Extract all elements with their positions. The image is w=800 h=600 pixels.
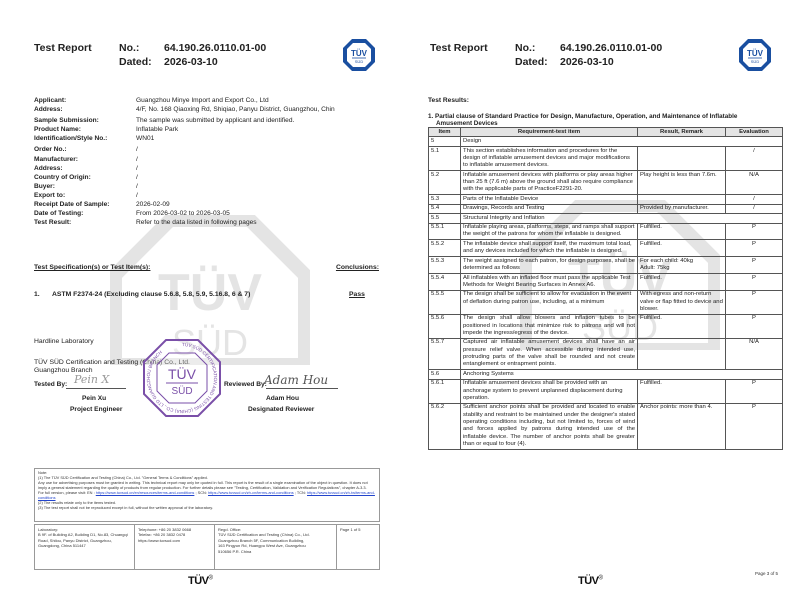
reviewed-by-label: Reviewed By:: [224, 381, 267, 388]
info-row: Address:/: [34, 164, 374, 173]
info-label: Export to:: [34, 191, 136, 200]
report-header: Test Report No.: 64.190.26.0110.01-00 Da…: [430, 42, 770, 82]
cell-requirement: The inflatable device shall support itse…: [461, 240, 638, 257]
table-row: 5.5.6The design shall allow blowers and …: [429, 314, 783, 338]
report-no-value: 64.190.26.0110.01-00: [560, 42, 662, 54]
info-value: WN01: [136, 134, 374, 143]
table-row: 5.5.1Inflatable playing areas, platforms…: [429, 223, 783, 240]
report-title: Test Report: [34, 42, 92, 54]
cell-evaluation: /: [726, 146, 783, 170]
svg-text:SÜD: SÜD: [171, 385, 192, 397]
report-page-3: TÜV SÜD Test Report No.: 64.190.26.0110.…: [400, 0, 800, 600]
tuv-footer-mark: TÜV®: [188, 575, 212, 587]
info-label: Manufacturer:: [34, 155, 136, 164]
svg-text:TÜV: TÜV: [168, 365, 197, 382]
info-row: Sample Submission:The sample was submitt…: [34, 116, 374, 125]
info-value: Refer to the data listed in following pa…: [136, 218, 374, 227]
cell-requirement: The design shall allow blowers and infla…: [461, 314, 638, 338]
svg-text:TÜV: TÜV: [747, 49, 764, 58]
report-no-value: 64.190.26.0110.01-00: [164, 42, 266, 54]
info-row: Applicant:Guangzhou Minye Import and Exp…: [34, 96, 374, 105]
cell-result: [638, 338, 726, 369]
info-row: Manufacturer:/: [34, 155, 374, 164]
table-header-row: Item Requirement-test item Result, Remar…: [429, 128, 783, 137]
info-value: Guangzhou Minye Import and Export Co., L…: [136, 96, 374, 105]
cell-evaluation: P: [726, 273, 783, 290]
info-value: /: [136, 173, 374, 182]
info-value: /: [136, 182, 374, 191]
table-row: 5.3Parts of the Inflatable Device/: [429, 195, 783, 204]
info-row: Receipt Date of Sample:2026-02-09: [34, 200, 374, 209]
cell-item: 5.6.2: [429, 403, 461, 449]
cell-item: 5.5: [429, 214, 461, 223]
cell-result: With egress and non-return valve or flap…: [638, 290, 726, 314]
cell-item: 5.5.7: [429, 338, 461, 369]
cell-requirement: The weight assigned to each patron, for …: [461, 257, 638, 274]
info-label: Identification/Style No.:: [34, 134, 136, 143]
report-dated-value: 2026-03-10: [560, 56, 614, 68]
cell-result: Fulfilled.: [638, 273, 726, 290]
terms-link-scn[interactable]: https://www.tuvsud.cn/zh-cn/terms-and-co…: [208, 490, 294, 495]
cell-result: [638, 195, 726, 204]
cell-item: 5.5.2: [429, 240, 461, 257]
tester-role: Project Engineer: [70, 406, 122, 413]
cell-result: Fulfilled.: [638, 223, 726, 240]
footer-page-number: Page 1 of 5: [337, 525, 379, 569]
report-title: Test Report: [430, 42, 488, 54]
table-section-row: 5.5Structural Integrity and Inflation: [429, 214, 783, 223]
svg-text:TÜV: TÜV: [351, 49, 368, 58]
cell-section-title: Structural Integrity and Inflation: [461, 214, 783, 223]
info-label: Receipt Date of Sample:: [34, 200, 136, 209]
reviewer-role: Designated Reviewer: [248, 406, 314, 413]
spec-heading: Test Specification(s) or Test Item(s):: [34, 264, 150, 271]
report-header: Test Report No.: 64.190.26.0110.01-00 Da…: [34, 42, 374, 82]
cell-result: Fulfilled.: [638, 379, 726, 403]
note-line-3: For full version, please visit: EN : htt…: [38, 490, 376, 500]
cell-item: 5.4: [429, 204, 461, 213]
column-header-result: Result, Remark: [638, 128, 726, 137]
info-value: /: [136, 155, 374, 164]
info-value: 4/F, No. 168 Qiaoxing Rd, Shiqiao, Panyu…: [136, 105, 374, 114]
tester-name: Pein Xu: [82, 395, 106, 402]
report-info-list: Applicant:Guangzhou Minye Import and Exp…: [34, 96, 374, 227]
info-row: Export to:/: [34, 191, 374, 200]
cell-evaluation: /: [726, 195, 783, 204]
table-row: 5.2Inflatable amusement devices with pla…: [429, 171, 783, 195]
spec-item-text: ASTM F2374-24 (Excluding clause 5.6.8, 5…: [52, 291, 349, 298]
cell-item: 5.5.4: [429, 273, 461, 290]
cell-requirement: This section establishes information and…: [461, 146, 638, 170]
cell-result: Play height is less than 7.6m.: [638, 171, 726, 195]
column-header-requirement: Requirement-test item: [461, 128, 638, 137]
column-header-evaluation: Evaluation: [726, 128, 783, 137]
report-no-label: No.:: [515, 42, 535, 54]
info-value: Inflatable Park: [136, 125, 374, 134]
tuv-sud-logo-icon: TÜV SÜD: [342, 38, 376, 72]
info-value: From 2026-03-02 to 2026-03-05: [136, 209, 374, 218]
info-value: /: [136, 164, 374, 173]
info-label: Date of Testing:: [34, 209, 136, 218]
company-seal-stamp-icon: TÜV SÜD CERTIFICATION AND TESTING (CHINA…: [142, 338, 222, 418]
info-row: Identification/Style No.:WN01: [34, 134, 374, 143]
cell-requirement: All inflatables with an inflated floor m…: [461, 273, 638, 290]
svg-text:SÜD: SÜD: [751, 59, 760, 64]
cell-section-title: Anchoring Systems: [461, 370, 783, 379]
info-value: 2026-02-09: [136, 200, 374, 209]
tuv-footer-mark: TÜV®: [578, 575, 602, 587]
terms-link-en[interactable]: https://www.tuvsud.cn/en/resources/terms…: [96, 490, 195, 495]
reviewed-by-line: [266, 388, 338, 389]
table-row: 5.1This section establishes information …: [429, 146, 783, 170]
info-value: The sample was submitted by applicant an…: [136, 116, 374, 125]
cell-item: 5.5.3: [429, 257, 461, 274]
cell-evaluation: N/A: [726, 171, 783, 195]
info-row: Date of Testing:From 2026-03-02 to 2026-…: [34, 209, 374, 218]
test-results-subtitle: 1. Partial clause of Standard Practice f…: [428, 113, 783, 127]
cell-item: 5: [429, 137, 461, 146]
cell-requirement: Inflatable amusement devices shall be pr…: [461, 379, 638, 403]
spec-item-result: Pass: [349, 291, 379, 298]
note-line-5: (3) The test report shall not be reprodu…: [38, 505, 376, 510]
cell-result: Fulfilled.: [638, 314, 726, 338]
cell-requirement: Sufficient anchor points shall be provid…: [461, 403, 638, 449]
test-results-table: Item Requirement-test item Result, Remar…: [428, 127, 783, 450]
info-row: Address:4/F, No. 168 Qiaoxing Rd, Shiqia…: [34, 105, 374, 114]
cell-result: [638, 146, 726, 170]
cell-item: 5.3: [429, 195, 461, 204]
table-row: 5.5.5The design shall be sufficient to a…: [429, 290, 783, 314]
spec-item-number: 1.: [34, 291, 52, 298]
info-value: /: [136, 145, 374, 154]
info-label: Country of Origin:: [34, 173, 136, 182]
cell-evaluation: P: [726, 314, 783, 338]
cell-evaluation: P: [726, 379, 783, 403]
report-dated-label: Dated:: [119, 56, 152, 68]
info-row: Order No.:/: [34, 145, 374, 154]
cell-item: 5.1: [429, 146, 461, 170]
table-row: 5.4Drawings, Records and TestingProvided…: [429, 204, 783, 213]
info-row: Product Name:Inflatable Park: [34, 125, 374, 134]
test-specification-section: Test Specification(s) or Test Item(s): C…: [34, 264, 379, 298]
page-footer-table: Laboratory: B 9F. of Building A2, Buildi…: [34, 524, 380, 570]
info-label: Address:: [34, 105, 136, 114]
cell-result: Provided by manufacturer.: [638, 204, 726, 213]
table-section-row: 5.6Anchoring Systems: [429, 370, 783, 379]
info-label: Test Result:: [34, 218, 136, 227]
info-row: Country of Origin:/: [34, 173, 374, 182]
cell-requirement: Parts of the Inflatable Device: [461, 195, 638, 204]
info-value: /: [136, 191, 374, 200]
page-number: Page 3 of 5: [755, 571, 778, 576]
cell-result: Anchor points: more than 4.: [638, 403, 726, 449]
cell-requirement: The design shall be sufficient to allow …: [461, 290, 638, 314]
table-row: 5.6.2Sufficient anchor points shall be p…: [429, 403, 783, 449]
report-dated-label: Dated:: [515, 56, 548, 68]
cell-evaluation: N/A: [726, 338, 783, 369]
tester-signature: Pein X: [74, 373, 109, 386]
table-row: 5.5.3The weight assigned to each patron,…: [429, 257, 783, 274]
terms-note-box: Note: (1) The TÜV SÜD Certification and …: [34, 468, 380, 522]
info-label: Sample Submission:: [34, 116, 136, 125]
footer-contact: Telephone: +86 20 3832 0668 Telefax: +86…: [135, 525, 215, 569]
cell-item: 5.6: [429, 370, 461, 379]
info-label: Address:: [34, 164, 136, 173]
cell-section-title: Design: [461, 137, 783, 146]
report-dated-value: 2026-03-10: [164, 56, 218, 68]
cell-item: 5.6.1: [429, 379, 461, 403]
cell-result: Fulfilled.: [638, 240, 726, 257]
footer-registered-office: Regd. Office: TÜV SÜD Certification and …: [215, 525, 337, 569]
cell-evaluation: P: [726, 403, 783, 449]
info-label: Product Name:: [34, 125, 136, 134]
cell-item: 5.2: [429, 171, 461, 195]
table-row: 5.5.4All inflatables with an inflated fl…: [429, 273, 783, 290]
info-label: Order No.:: [34, 145, 136, 154]
cell-evaluation: P: [726, 257, 783, 274]
svg-text:SÜD: SÜD: [355, 59, 364, 64]
test-results-title: Test Results:: [428, 97, 469, 104]
footer-lab-address: Laboratory: B 9F. of Building A2, Buildi…: [35, 525, 135, 569]
cell-item: 5.5.6: [429, 314, 461, 338]
cell-requirement: Captured air inflatable amusement device…: [461, 338, 638, 369]
note-line-2: Any use for advertising purposes must be…: [38, 480, 376, 490]
conclusions-heading: Conclusions:: [336, 264, 379, 271]
info-label: Buyer:: [34, 182, 136, 191]
tuv-sud-logo-icon: TÜV SÜD: [738, 38, 772, 72]
cell-evaluation: P: [726, 240, 783, 257]
cell-requirement: Inflatable amusement devices with platfo…: [461, 171, 638, 195]
cell-result: For each child: 40kg Adult: 75kg: [638, 257, 726, 274]
cell-requirement: Drawings, Records and Testing: [461, 204, 638, 213]
tested-by-line: [66, 388, 126, 389]
tested-by-label: Tested By:: [34, 381, 67, 388]
cell-requirement: Inflatable playing areas, platforms, ste…: [461, 223, 638, 240]
info-label: Applicant:: [34, 96, 136, 105]
cell-item: 5.5.5: [429, 290, 461, 314]
table-section-row: 5Design: [429, 137, 783, 146]
table-row: 5.5.2The inflatable device shall support…: [429, 240, 783, 257]
report-page-1: TÜV SÜD Test Report No.: 64.190.26.0110.…: [0, 0, 400, 600]
reviewer-signature: Adam Hou: [264, 373, 328, 387]
cell-evaluation: P: [726, 223, 783, 240]
info-row: Test Result:Refer to the data listed in …: [34, 218, 374, 227]
table-row: 5.5.7Captured air inflatable amusement d…: [429, 338, 783, 369]
table-row: 5.6.1Inflatable amusement devices shall …: [429, 379, 783, 403]
column-header-item: Item: [429, 128, 461, 137]
cell-evaluation: /: [726, 204, 783, 213]
spec-item: 1. ASTM F2374-24 (Excluding clause 5.6.8…: [34, 291, 379, 298]
info-row: Buyer:/: [34, 182, 374, 191]
reviewer-name: Adam Hou: [266, 395, 299, 402]
report-no-label: No.:: [119, 42, 139, 54]
cell-evaluation: P: [726, 290, 783, 314]
cell-item: 5.5.1: [429, 223, 461, 240]
